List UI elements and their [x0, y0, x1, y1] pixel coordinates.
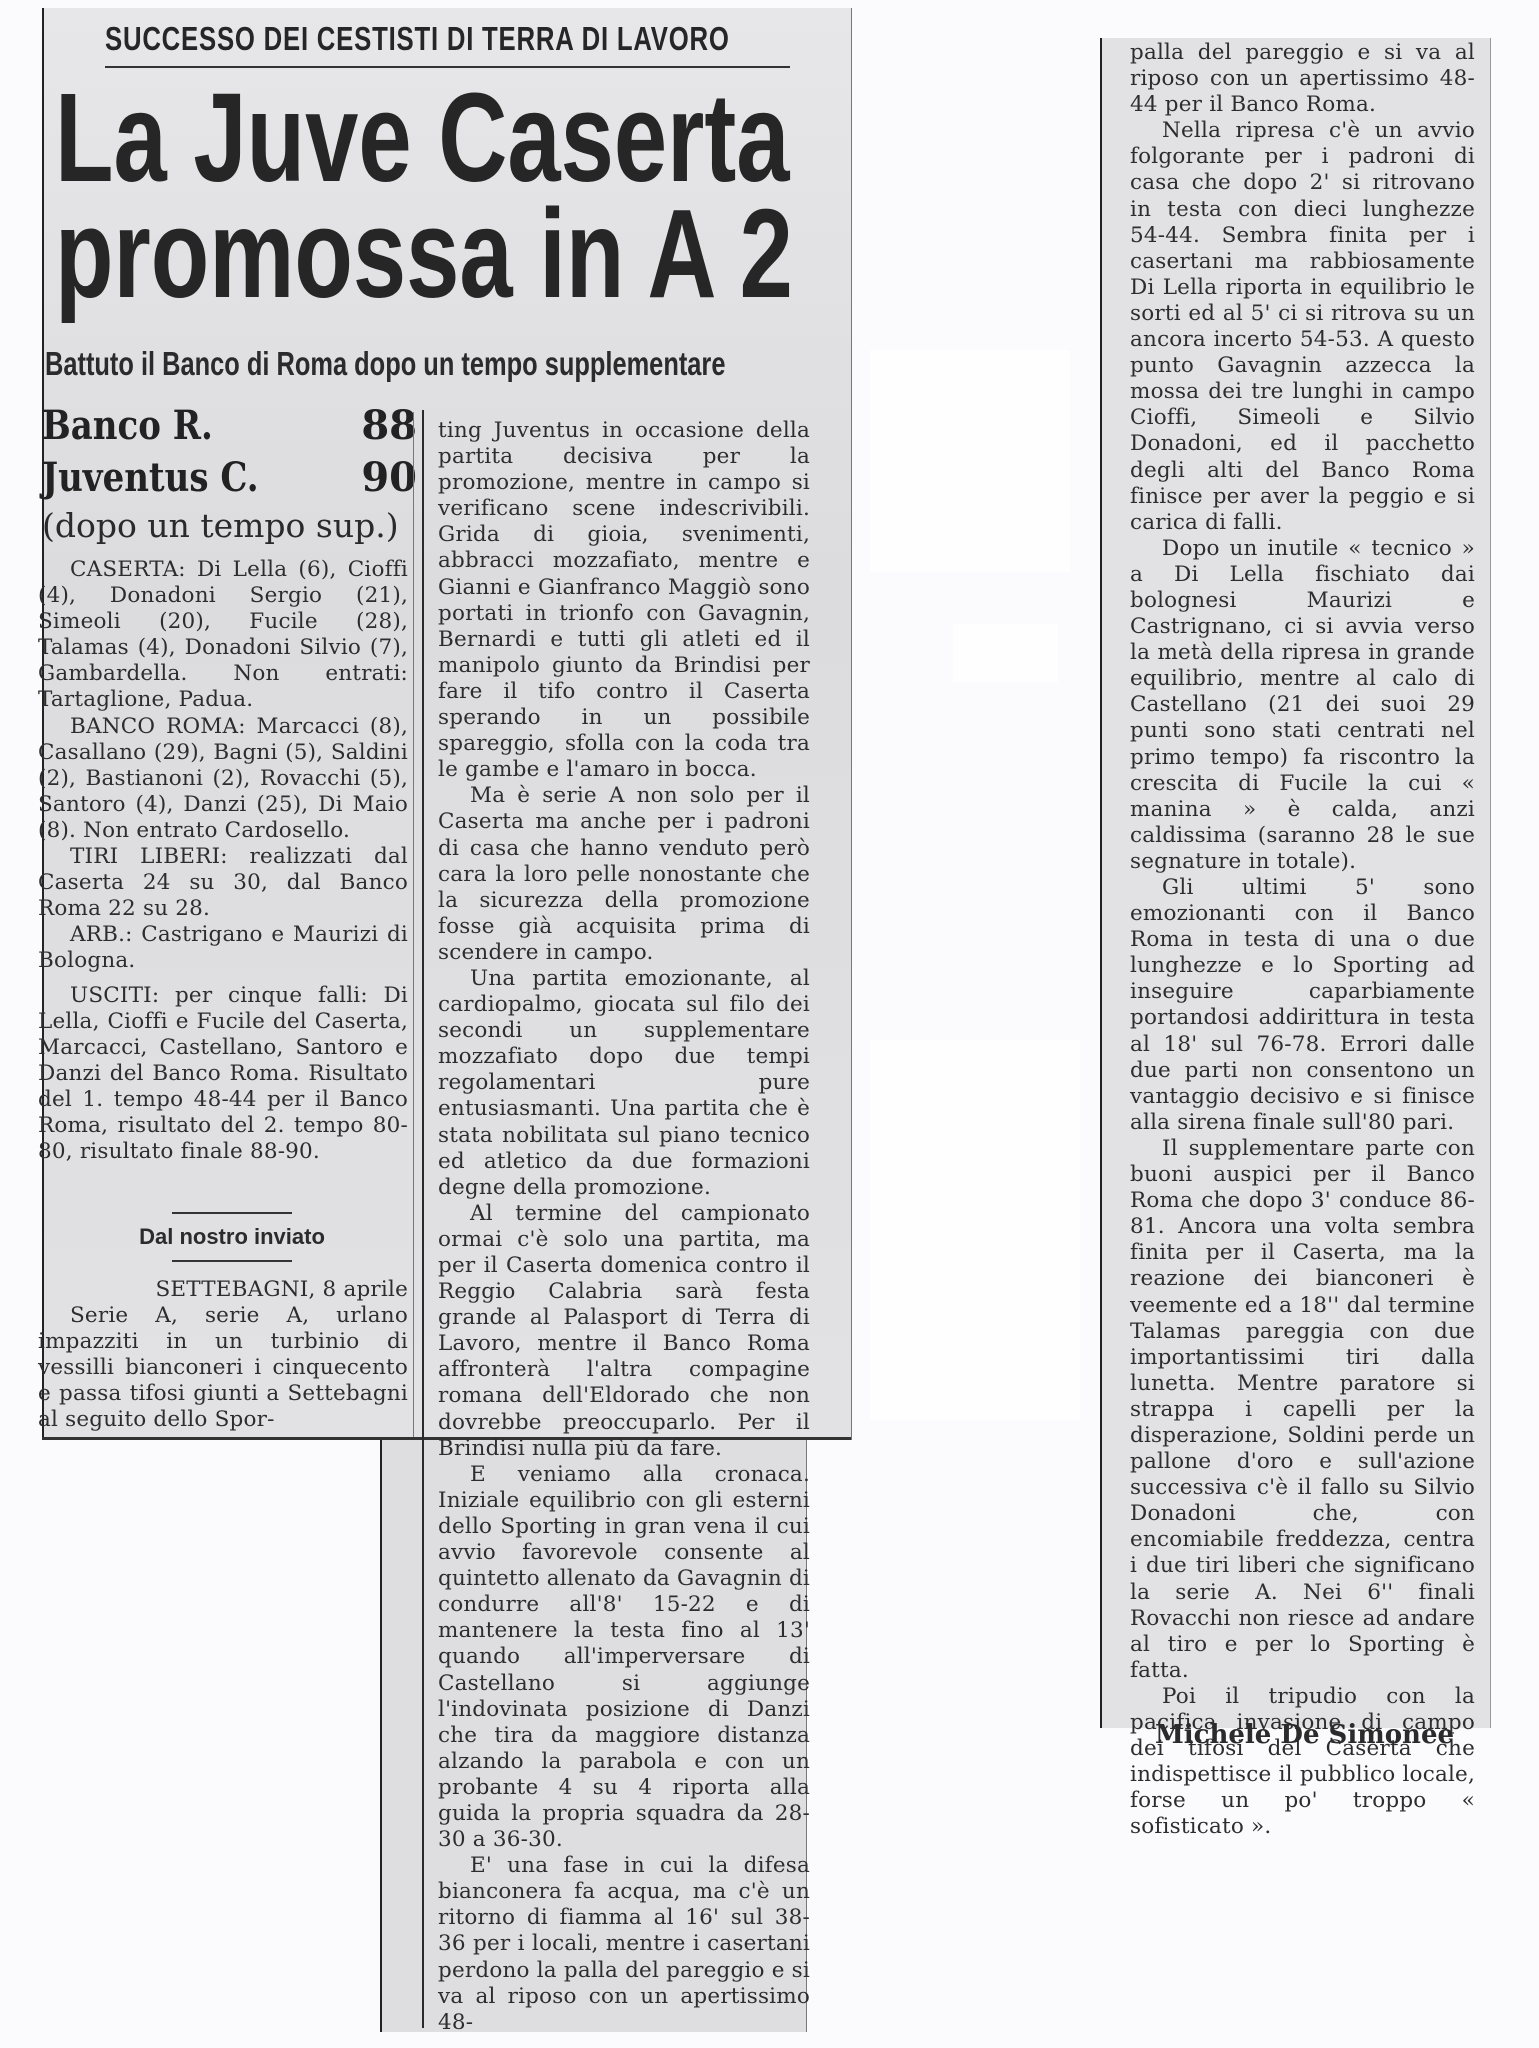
score-note: (dopo un tempo sup.)	[42, 504, 417, 548]
body-paragraph: E veniamo alla cronaca. Iniziale equilib…	[438, 1462, 810, 1853]
headline: La Juve Caserta promossa in A 2	[55, 80, 655, 312]
lineup-caserta: CASERTA: Di Lella (6), Cioffi (4), Donad…	[38, 557, 408, 714]
byline-rule	[172, 1260, 292, 1262]
author-signature: Michele De Simonee	[1155, 1720, 1454, 1750]
subhead: Battuto il Banco di Roma dopo un tempo s…	[45, 345, 725, 383]
body-column-1: Serie A, serie A, urlano impazziti in un…	[38, 1303, 408, 1433]
column-rule	[422, 410, 424, 2028]
score-row-banco: Banco R. 88	[42, 400, 417, 452]
team-score: 90	[361, 452, 417, 504]
body-paragraph: Una partita emozionante, al cardiopalmo,…	[438, 966, 810, 1201]
body-column-2: ting Juventus in occasione della partita…	[438, 418, 810, 2036]
byline-box: Dal nostro inviato	[82, 1212, 382, 1262]
blank-patch	[953, 624, 1058, 682]
team-score: 88	[361, 400, 417, 452]
fouled-out: USCITI: per cinque falli: Di Lella, Ciof…	[38, 983, 408, 1166]
free-throws: TIRI LIBERI: realizzati dal Caserta 24 s…	[38, 844, 408, 922]
body-paragraph: Gli ultimi 5' sono emozionanti con il Ba…	[1130, 875, 1475, 1136]
column-rule	[413, 412, 414, 1437]
body-paragraph: ting Juventus in occasione della partita…	[438, 418, 810, 783]
lineup-banco-roma: BANCO ROMA: Marcacci (8), Casallano (29)…	[38, 714, 408, 844]
body-paragraph: E' una fase in cui la difesa bianconera …	[438, 1853, 810, 2036]
blank-patch	[870, 350, 1070, 572]
headline-line-1: La Juve Caserta	[55, 80, 655, 196]
body-paragraph: Dopo un inutile « tecnico » a Di Lella f…	[1130, 536, 1475, 875]
body-paragraph: Nella ripresa c'è un avvio folgorante pe…	[1130, 118, 1475, 536]
dateline: SETTEBAGNI, 8 aprile	[38, 1277, 408, 1303]
kicker: SUCCESSO DEI CESTISTI DI TERRA DI LAVORO	[105, 20, 643, 58]
headline-line-2: promossa in A 2	[55, 196, 655, 312]
body-paragraph: Al termine del campionato ormai c'è solo…	[438, 1201, 810, 1462]
body-column-3: palla del pareggio e si va al riposo con…	[1130, 40, 1475, 1840]
body-paragraph: Il supplementare parte con buoni auspici…	[1130, 1136, 1475, 1684]
byline-label: Dal nostro inviato	[82, 1214, 382, 1260]
summary-column: CASERTA: Di Lella (6), Cioffi (4), Donad…	[38, 557, 408, 1165]
body-paragraph: Serie A, serie A, urlano impazziti in un…	[38, 1303, 408, 1433]
body-paragraph: Poi il tripudio con la pacifica invasion…	[1130, 1684, 1475, 1841]
body-paragraph: palla del pareggio e si va al riposo con…	[1130, 40, 1475, 118]
score-row-juventus: Juventus C. 90	[42, 452, 417, 504]
team-name: Juventus C.	[42, 452, 259, 504]
team-name: Banco R.	[42, 400, 213, 452]
body-paragraph: Ma è serie A non solo per il Caserta ma …	[438, 783, 810, 966]
scorebox: Banco R. 88 Juventus C. 90 (dopo un temp…	[42, 400, 417, 548]
referees: ARB.: Castrigano e Maurizi di Bologna.	[38, 922, 408, 974]
blank-patch	[870, 1040, 1080, 1420]
